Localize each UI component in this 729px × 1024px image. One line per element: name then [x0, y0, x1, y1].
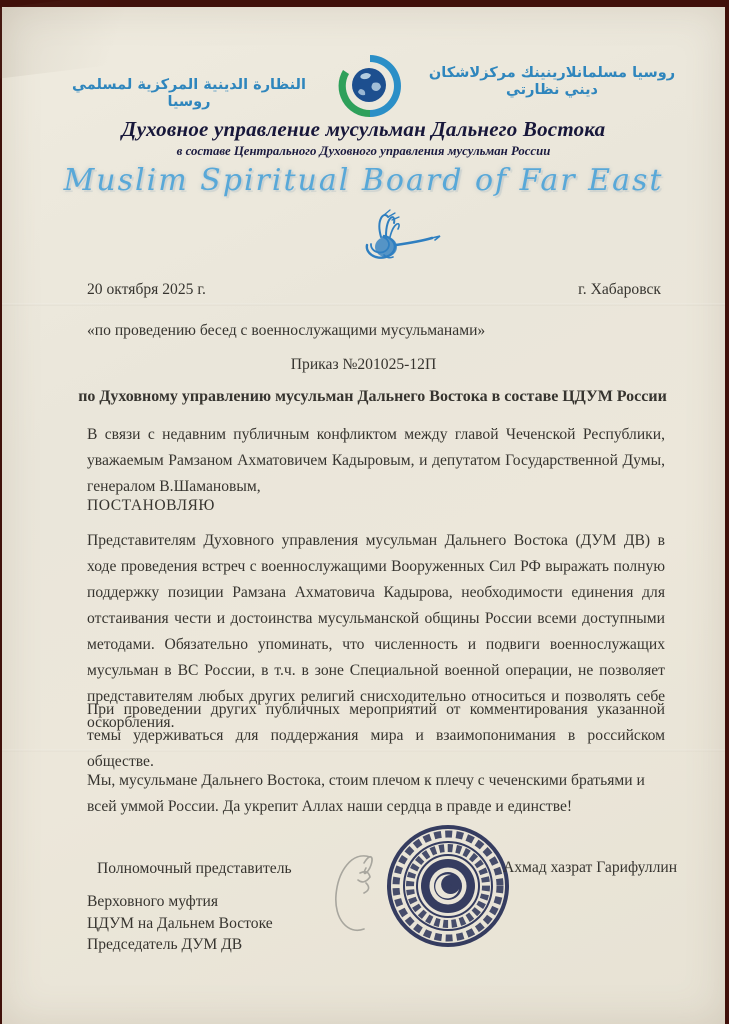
org-title-russian: Духовное управление мусульман Дальнего В… [2, 117, 725, 142]
signatory-line-org: ЦДУМ на Дальнем Востоке [87, 913, 273, 935]
resolution-word: ПОСТАНОВЛЯЮ [87, 493, 215, 519]
letter-page: النظارة الدينية المركزية لمسلمي روسيا رو… [2, 7, 725, 1024]
signatory-line-mufti: Верховного муфтия [87, 891, 273, 913]
paper-crease [2, 303, 725, 306]
signer-name: Ахмад хазрат Гарифуллин [503, 855, 677, 881]
signatory-org-lines: Верховного муфтия ЦДУМ на Дальнем Восток… [87, 891, 273, 956]
org-title-english: Muslim Spiritual Board of Far East [2, 163, 725, 198]
paragraph-restraint: При проведении других публичных мероприя… [87, 697, 665, 775]
org-subtitle-russian: в составе Центрального Духовного управле… [2, 144, 725, 159]
arabic-calligraphy-left: النظارة الدينية المركزية لمسلمي روسيا [60, 61, 318, 110]
document-subject: «по проведению бесед с военнослужащими м… [87, 318, 665, 344]
signatory-role-title: Полномочный представитель [97, 856, 292, 882]
order-scope: по Духовному управлению мусульман Дальне… [64, 384, 681, 410]
paragraph-closing: Мы, мусульмане Дальнего Востока, стоим п… [87, 768, 665, 820]
crescent-globe-logo-icon [333, 49, 407, 123]
letterhead-arabic-row: النظارة الدينية المركزية لمسلمي روسيا رو… [60, 51, 683, 121]
tughra-calligraphy-icon [334, 205, 444, 283]
date-city-row: 20 октября 2025 г. г. Хабаровск [87, 277, 661, 303]
document-city: г. Хабаровск [578, 277, 661, 303]
document-date: 20 октября 2025 г. [87, 277, 206, 303]
paragraph-preamble: В связи с недавним публичным конфликтом … [87, 422, 665, 500]
arabic-calligraphy-right: روسيا مسلمانلارينينك مركزلاشكان ديني نظا… [421, 65, 683, 106]
round-official-stamp [385, 823, 511, 949]
signatory-line-chairman: Председатель ДУМ ДВ [87, 934, 273, 956]
order-number: Приказ №201025-12П [2, 352, 725, 378]
